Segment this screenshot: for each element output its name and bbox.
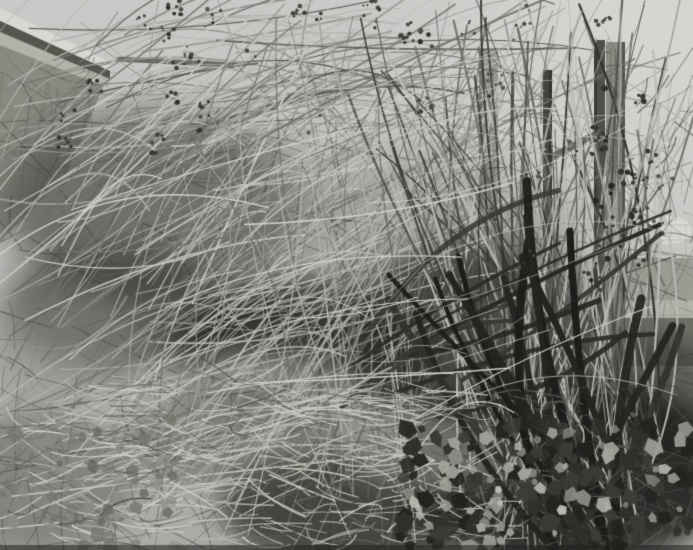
bramble-thicket-photo bbox=[0, 0, 693, 550]
photo-canvas bbox=[0, 0, 693, 550]
